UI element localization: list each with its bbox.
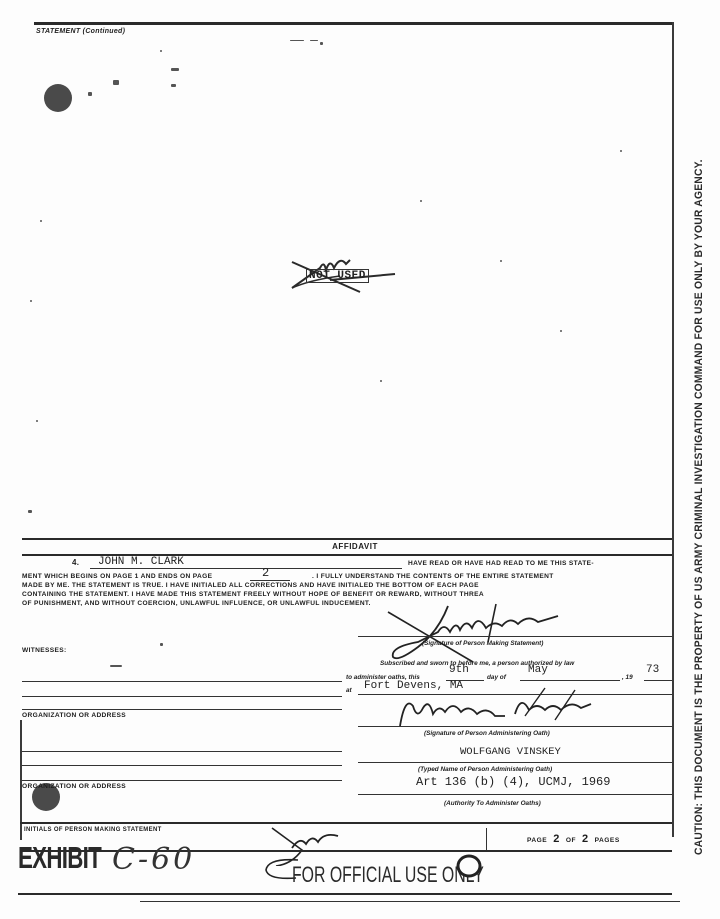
scan-speck — [36, 420, 38, 422]
footer-rule-1 — [18, 893, 672, 895]
scan-speck — [171, 68, 179, 71]
witness-line-2 — [22, 696, 342, 697]
scan-speck — [620, 150, 622, 152]
scan-speck — [560, 330, 562, 332]
punch-hole-mark — [44, 84, 72, 112]
scan-speck — [380, 380, 382, 382]
side-caution-text: CAUTION: THIS DOCUMENT IS THE PROPERTY O… — [693, 159, 705, 855]
affidavit-top-rule — [22, 538, 672, 540]
scan-speck — [290, 40, 304, 41]
initials-top-rule — [20, 822, 672, 824]
page-label: PAGE — [527, 837, 547, 844]
affidavit-line-1: HAVE READ OR HAVE HAD READ TO ME THIS ST… — [408, 559, 594, 569]
organization-label-2: ORGANIZATION OR ADDRESS — [22, 782, 126, 792]
scan-speck — [88, 92, 92, 96]
affiant-name-underline — [90, 568, 402, 569]
authority-line — [358, 794, 672, 795]
witnesses-label: WITNESSES: — [22, 646, 67, 656]
exhibit-label: EXHIBIT — [18, 840, 101, 876]
admin-name-line — [358, 762, 672, 763]
scan-speck — [113, 80, 119, 85]
form-top-border — [34, 22, 674, 25]
page-total: 2 — [582, 833, 589, 845]
affiant-signature-line — [358, 636, 672, 637]
scan-speck — [160, 50, 162, 52]
initials-label: INITIALS OF PERSON MAKING STATEMENT — [24, 825, 162, 835]
sworn-year-field: 73 — [646, 664, 659, 676]
scan-speck — [171, 84, 176, 87]
scan-speck — [310, 40, 318, 41]
administrator-signature-icon — [395, 686, 605, 736]
not-used-text: NOT USED — [306, 269, 369, 283]
witness-line-3 — [22, 709, 342, 710]
page-count-box: PAGE2OF2PAGES — [486, 828, 672, 852]
affiant-signature-caption: (Signature of Person Making Statement) — [422, 640, 543, 647]
affidavit-line-5: OF PUNISHMENT, AND WITHOUT COERCION, UNL… — [22, 599, 371, 609]
page-current: 2 — [553, 833, 560, 845]
sworn-month-field: May — [528, 664, 548, 676]
sworn-month-underline — [520, 680, 620, 681]
circle-scribble-icon — [454, 852, 484, 882]
scan-speck — [110, 665, 122, 667]
sworn-at-label: at — [346, 687, 352, 694]
witness-line-1 — [22, 681, 342, 682]
exhibit-number: C-60 — [112, 842, 195, 877]
page-of-label: OF — [566, 837, 576, 844]
footer-rule-2 — [140, 901, 680, 902]
scan-speck — [420, 200, 422, 202]
scanned-document-page: STATEMENT (Continued) NOT USED AFFIDAVIT… — [0, 0, 720, 919]
org-line-1 — [22, 751, 342, 752]
admin-signature-caption: (Signature of Person Administering Oath) — [424, 730, 550, 737]
scan-speck — [160, 643, 163, 646]
sworn-year-prefix: , 19 — [622, 674, 633, 681]
admin-typed-name: WOLFGANG VINSKEY — [460, 746, 561, 758]
pages-label: PAGES — [595, 837, 620, 844]
org-line-2 — [22, 765, 342, 766]
sworn-day-field: 9th — [449, 664, 469, 676]
admin-name-caption: (Typed Name of Person Administering Oath… — [418, 766, 552, 773]
scan-speck — [28, 510, 32, 513]
admin-signature-line — [358, 726, 672, 727]
authority-caption: (Authority To Administer Oaths) — [444, 800, 541, 807]
authority-field: Art 136 (b) (4), UCMJ, 1969 — [416, 775, 610, 789]
page-count: PAGE2OF2PAGES — [527, 833, 620, 845]
form-right-border — [672, 22, 674, 837]
affiant-name-field: JOHN M. CLARK — [98, 556, 184, 568]
ends-on-page-field: 2 — [262, 566, 269, 580]
affidavit-title: AFFIDAVIT — [300, 542, 410, 551]
scan-speck — [320, 42, 323, 45]
sworn-line-2b: day of — [487, 674, 506, 681]
scan-speck — [500, 260, 502, 262]
org-line-3 — [22, 780, 342, 781]
scan-speck — [40, 220, 42, 222]
organization-label-1: ORGANIZATION OR ADDRESS — [22, 711, 126, 721]
sworn-year-underline — [644, 680, 672, 681]
scan-speck — [30, 300, 32, 302]
statement-continued-header: STATEMENT (Continued) — [36, 28, 125, 35]
item-number: 4. — [72, 558, 79, 568]
not-used-stamp: NOT USED — [290, 250, 400, 295]
side-caution-notice: CAUTION: THIS DOCUMENT IS THE PROPERTY O… — [693, 99, 705, 855]
